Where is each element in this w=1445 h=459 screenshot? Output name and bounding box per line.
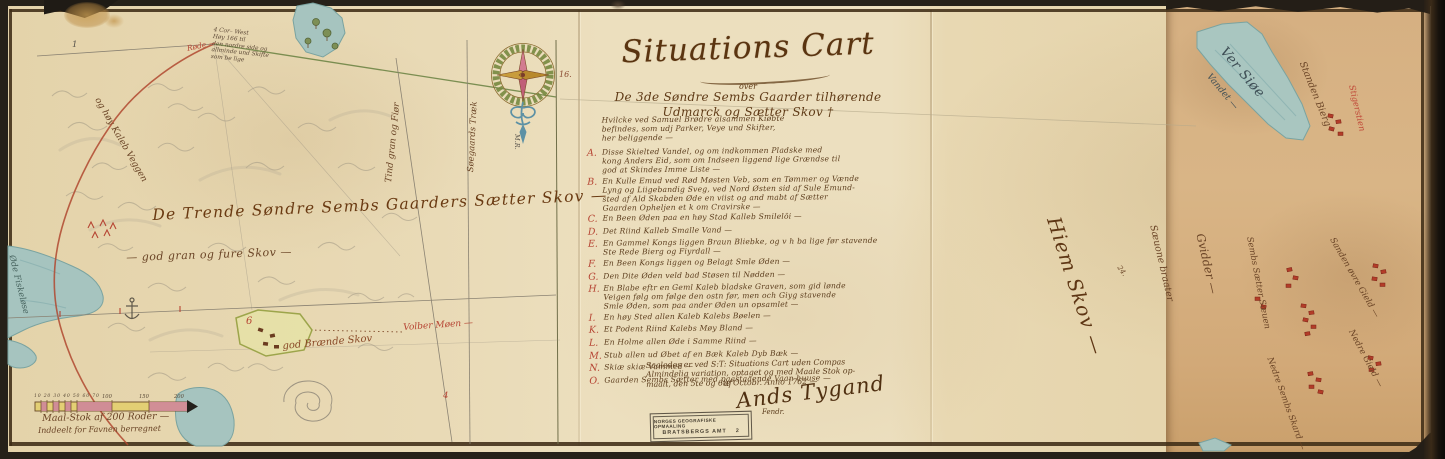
- entry-letter: K.: [589, 325, 604, 336]
- legend-entry: A.Disse Skielted Vandel, og om indkommen…: [587, 144, 931, 175]
- anchor-sketch: [125, 298, 139, 319]
- compass-rose-icon: [492, 44, 555, 145]
- map-canvas: De Trende Søndre Sembs Gaarders Sætter S…: [0, 0, 1445, 459]
- scale-small-ticks-label: 10 20 30 40 50 60 70: [34, 394, 100, 399]
- compass-mr-label: M.R.: [513, 134, 521, 150]
- entry-letter: H.: [588, 284, 603, 311]
- title-subtitle1: De 3de Søndre Sembs Gaarder tilhørende: [598, 90, 898, 104]
- signature-prefix: af: [724, 379, 732, 388]
- legend-entry: B.En Kulle Emud ved Rød Møsten Veb, som …: [587, 173, 931, 213]
- legend-entry: E.En Gammel Kongs liggen Braun Bliebke, …: [588, 236, 932, 258]
- stamp-number: 2: [736, 428, 740, 434]
- signature-subline: Fendr.: [762, 408, 784, 416]
- entry-letter: N.: [589, 363, 604, 374]
- entry-letter: G.: [588, 271, 603, 282]
- entry-letter: A.: [587, 148, 602, 175]
- corner-annotation: 4 Cor– WestHøy 166 tilden nordre side og…: [210, 27, 271, 67]
- field-6-label: 6: [246, 316, 252, 327]
- entry-letter: F.: [588, 259, 603, 270]
- entry-letter: D.: [588, 226, 603, 237]
- legend-entry: Hvilcke ved Samuel Brødre alsammen Kiøbt…: [587, 112, 931, 143]
- red-4-label: 4: [443, 391, 448, 401]
- scale-major-1-label: 150: [139, 394, 149, 400]
- legend-list: Hvilcke ved Samuel Brødre alsammen Kiøbt…: [587, 112, 934, 388]
- entry-letter: C.: [588, 214, 603, 225]
- legend-entry: H.En Blabe eftr en Geml Kaleb bladske Gr…: [588, 280, 932, 311]
- scale-major-0-label: 100: [102, 394, 112, 400]
- entry-letter: L.: [589, 338, 604, 349]
- maal-stok-label: Maal-Stok af 200 Roder —: [42, 411, 169, 424]
- scale-major-2-label: 200: [174, 394, 184, 400]
- archive-stamp: NORGES GEOGRAFISKE OPMAALING BRATSBERGS …: [650, 411, 753, 443]
- stamp-line2: BRATSBERGS AMT: [662, 428, 726, 436]
- entry-letter: M.: [589, 350, 604, 361]
- entry-letter: [587, 116, 602, 143]
- entry-letter: O.: [589, 375, 604, 386]
- spiral-sketch: [284, 381, 332, 421]
- terrain-soft: [60, 111, 390, 340]
- entry-letter: E.: [588, 239, 603, 257]
- entry-letter: I.: [589, 312, 604, 323]
- archive-stamp-inner: NORGES GEOGRAFISKE OPMAALING BRATSBERGS …: [653, 414, 750, 440]
- compass-16-label: 16.: [559, 70, 572, 79]
- marker-1-label: 1: [72, 40, 77, 50]
